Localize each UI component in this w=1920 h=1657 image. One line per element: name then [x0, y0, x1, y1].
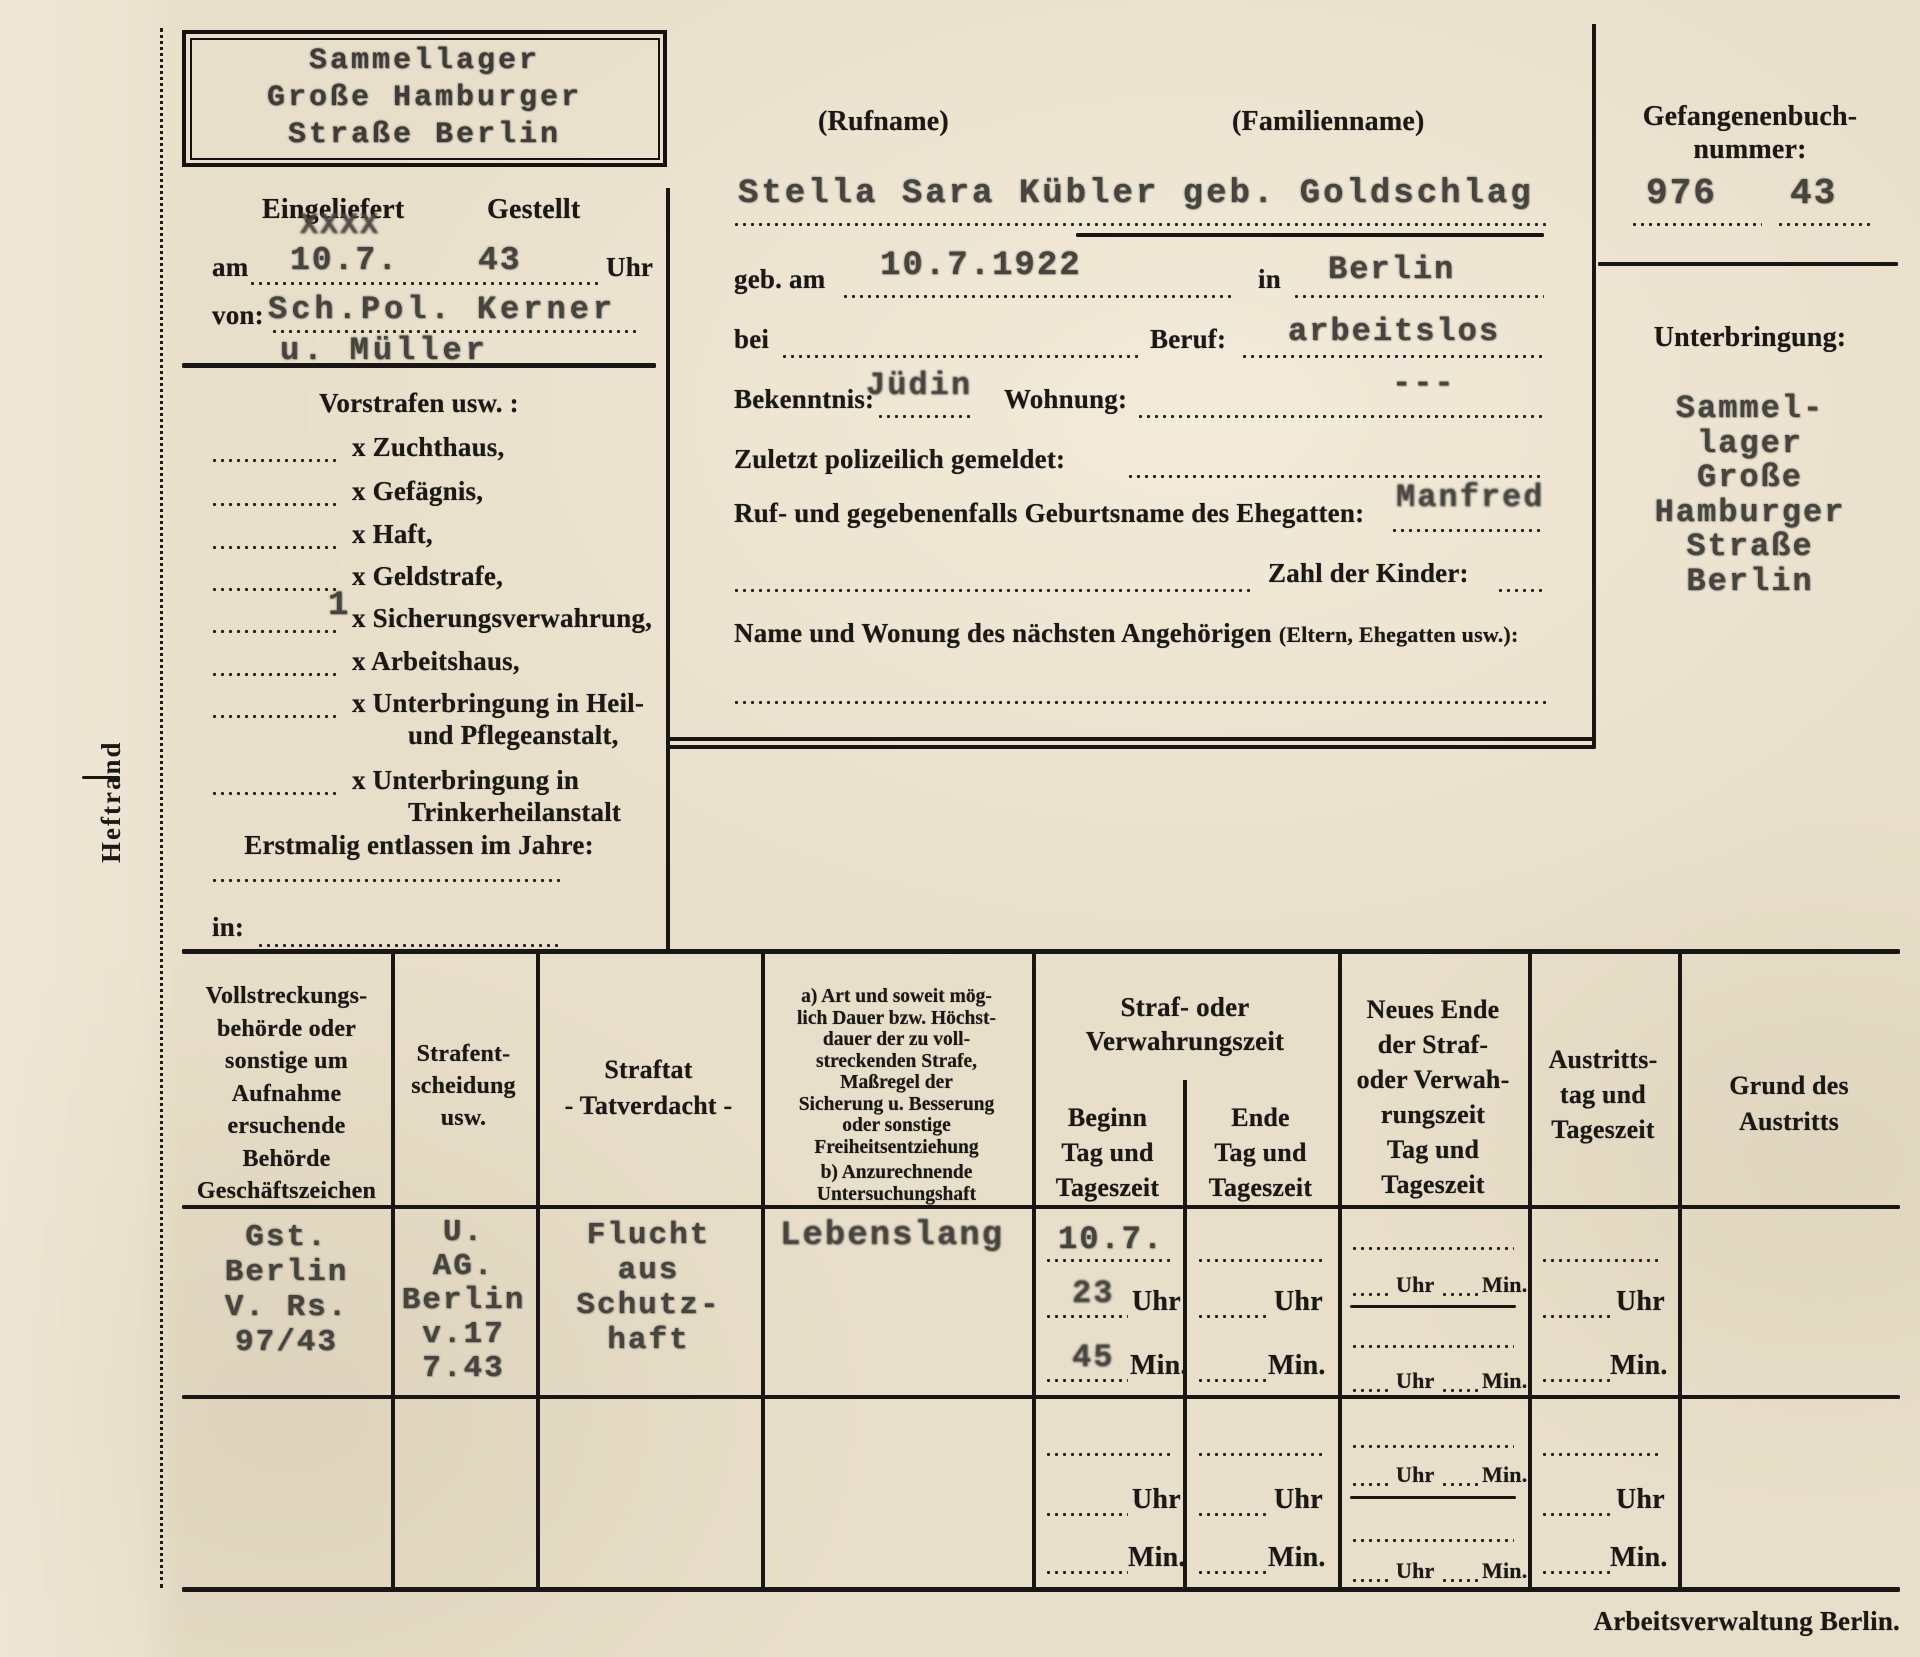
right-column-border — [1592, 24, 1596, 748]
unterbringung-value: Sammel- lager Große Hamburger Straße Ber… — [1600, 392, 1900, 599]
ehegatte-label: Ruf- und gegebenenfalls Geburtsname des … — [734, 498, 1364, 529]
uhr-label: Uhr — [1616, 1286, 1665, 1318]
min-label: Min. — [1268, 1350, 1326, 1382]
row1-newend-uhr-dots — [1352, 1292, 1392, 1297]
angehoerige-label-small: (Eltern, Ehegatten usw.): — [1279, 622, 1519, 647]
vorstrafen-title: Vorstrafen usw. : — [182, 388, 656, 419]
row2-newend-min-dots-2 — [1442, 1578, 1478, 1583]
row2-newend-solid-line — [1350, 1496, 1516, 1499]
intake-date-value: 10.7. — [290, 243, 399, 279]
gemeldet-label: Zuletzt polizeilich gemeldet: — [734, 444, 1065, 475]
uhr-label: Uhr — [1132, 1286, 1181, 1318]
prisoner-registration-card: Heftrand Sammellager Große Hamburger Str… — [0, 0, 1920, 1657]
min-label: Min. — [1482, 1368, 1527, 1393]
geb-am-label: geb. am — [734, 264, 825, 295]
booknumber-value-1: 976 — [1646, 174, 1717, 214]
row2-end-min-dots — [1198, 1570, 1270, 1575]
ehegatte-value: Manfred — [1396, 480, 1544, 515]
camp-stamp-inner-border: Sammellager Große Hamburger Straße Berli… — [190, 38, 660, 160]
camp-stamp-box: Sammellager Große Hamburger Straße Berli… — [182, 30, 667, 167]
birthplace-in-label: in — [1258, 264, 1281, 295]
booknumber-dotted-line-1 — [1632, 222, 1762, 227]
vorstrafen-item-geldstrafe: x Geldstrafe, — [352, 561, 503, 592]
vorstrafen-item-arbeitshaus: x Arbeitshaus, — [352, 646, 520, 677]
left-section-divider — [182, 363, 656, 368]
vorstrafen-item-haft: x Haft, — [352, 519, 433, 550]
header-vollstreckungsbehoerde: Vollstreckungs- behörde oder sonstige um… — [182, 980, 391, 1208]
row2-end-hour-dots — [1198, 1512, 1270, 1517]
min-label: Min. — [1482, 1558, 1527, 1583]
vorstrafen-item-trinkerheilanstalt-line2: Trinkerheilanstalt — [408, 797, 621, 828]
uhr-label: Uhr — [1396, 1368, 1435, 1393]
angehoerige-dotted-line — [734, 700, 1546, 705]
vorstrafen-dots-3 — [212, 587, 340, 592]
uhr-label: Uhr — [1396, 1558, 1435, 1583]
row1-duration-value: Lebenslang — [780, 1218, 1004, 1255]
row1-end-date-dots — [1198, 1258, 1323, 1263]
header-grund-austritt: Grund des Austritts — [1678, 1068, 1900, 1140]
sicherungsverwahrung-count: 1 — [328, 588, 350, 625]
row2-newend-dots-1 — [1352, 1444, 1514, 1449]
row1-newend-uhr-dots-2 — [1352, 1388, 1392, 1393]
uhr-label: Uhr — [1396, 1462, 1435, 1487]
row1-begin-min-dots — [1046, 1378, 1128, 1383]
first-release-label: Erstmalig entlassen im Jahre: — [182, 830, 656, 861]
header-neues-ende: Neues Ende der Straf- oder Verwah- rungs… — [1338, 992, 1528, 1202]
row1-begin-min-value: 45 — [1072, 1340, 1114, 1375]
row2-newend-uhr-dots — [1352, 1482, 1392, 1487]
row1-end-min-dots — [1198, 1378, 1270, 1383]
wohnung-label: Wohnung: — [1004, 384, 1127, 415]
booknumber-divider — [1598, 262, 1898, 266]
row1-newend-dots-1 — [1352, 1246, 1514, 1251]
row1-exit-date-dots — [1542, 1258, 1662, 1263]
header-strafentscheidung: Strafent- scheidung usw. — [391, 1038, 536, 1134]
vorstrafen-item-heilanstalt: x Unterbringung in Heil- — [352, 688, 644, 719]
familienname-label: (Familienname) — [1232, 106, 1425, 138]
table-header-border — [182, 1205, 1900, 1209]
left-column-border — [666, 188, 670, 950]
vorstrafen-dots-5 — [212, 672, 340, 677]
birthplace-value: Berlin — [1328, 252, 1455, 287]
min-label: Min. — [1610, 1542, 1668, 1574]
header-straftat: Straftat - Tatverdacht - — [536, 1052, 761, 1124]
vorstrafen-dots-0 — [212, 458, 340, 463]
unterbringung-label: Unterbringung: — [1600, 322, 1900, 354]
row1-exit-hour-dots — [1542, 1314, 1612, 1319]
row2-begin-hour-dots — [1046, 1512, 1128, 1517]
table-col-divider-8 — [1678, 949, 1682, 1587]
uhr-label: Uhr — [606, 252, 653, 283]
center-double-rule-top — [666, 737, 1596, 741]
bei-label: bei — [734, 324, 769, 355]
name-dotted-line — [734, 222, 1546, 227]
uhr-label: Uhr — [1616, 1484, 1665, 1516]
min-label: Min. — [1610, 1350, 1668, 1382]
row2-exit-hour-dots — [1542, 1512, 1612, 1517]
table-row-divider — [182, 1395, 1900, 1399]
vorstrafen-item-gefaegnis: x Gefägnis, — [352, 476, 483, 507]
row2-newend-min-dots — [1442, 1482, 1478, 1487]
vorstrafen-item-sicherungsverwahrung: x Sicherungsverwahrung, — [352, 603, 652, 634]
birthdate-dotted-line — [843, 294, 1233, 299]
row1-newend-dots-2 — [1352, 1344, 1514, 1349]
header-austrittstag: Austritts- tag und Tageszeit — [1528, 1042, 1678, 1147]
am-label: am — [212, 252, 248, 283]
angehoerige-label: Name und Wonung des nächsten Angehörigen… — [734, 618, 1518, 649]
uhr-label: Uhr — [1132, 1484, 1181, 1516]
von-label: von: — [212, 300, 264, 331]
intake-year-value: 43 — [478, 243, 522, 279]
row2-end-date-dots — [1198, 1452, 1323, 1457]
header-untersuchungshaft: b) Anzurechnende Untersuchungshaft — [761, 1162, 1032, 1205]
bei-dotted-line — [782, 354, 1142, 359]
center-double-rule-bottom — [666, 745, 1596, 749]
binding-margin-dotted-line — [160, 28, 163, 1588]
kinder-dotted-line — [1498, 588, 1544, 593]
row1-newend-min-dots — [1442, 1292, 1478, 1297]
deliverer-name-line1: Sch.Pol. Kerner — [268, 292, 616, 327]
wohnung-value: --- — [1392, 366, 1456, 401]
bekenntnis-value: Jüdin — [866, 368, 972, 403]
vorstrafen-item-heilanstalt-line2: und Pflegeanstalt, — [408, 720, 619, 751]
uhr-label: Uhr — [1274, 1286, 1323, 1318]
wohnung-dotted-line — [1138, 414, 1544, 419]
row1-offense-value: Flucht aus Schutz- haft — [536, 1218, 761, 1358]
rufname-label: (Rufname) — [818, 106, 949, 138]
camp-stamp-text: Sammellager Große Hamburger Straße Berli… — [267, 43, 582, 154]
vorstrafen-dots-2 — [212, 545, 340, 550]
row1-begin-hour-dots — [1046, 1314, 1128, 1319]
vorstrafen-item-trinkerheilanstalt: x Unterbringung in — [352, 765, 579, 796]
row2-newend-uhr-dots-2 — [1352, 1578, 1392, 1583]
row2-begin-date-dots — [1046, 1452, 1171, 1457]
vorstrafen-dots-6 — [212, 714, 340, 719]
min-label: Min. — [1268, 1542, 1326, 1574]
row2-exit-min-dots — [1542, 1570, 1612, 1575]
row1-authority-value: Gst. Berlin V. Rs. 97/43 — [182, 1220, 391, 1360]
header-strafe-art: a) Art und soweit mög- lich Dauer bzw. H… — [761, 986, 1032, 1158]
row1-end-hour-dots — [1198, 1314, 1270, 1319]
binding-margin-dash — [82, 776, 120, 779]
header-ende: Ende Tag und Tageszeit — [1183, 1100, 1338, 1205]
table-top-border — [182, 949, 1900, 954]
vorstrafen-dots-7 — [212, 791, 340, 796]
row1-newend-min-dots-2 — [1442, 1388, 1478, 1393]
vorstrafen-item-zuchthaus: x Zuchthaus, — [352, 432, 504, 463]
gestellt-label: Gestellt — [487, 194, 580, 226]
min-label: Min. — [1128, 1542, 1186, 1574]
beruf-value: arbeitslos — [1288, 314, 1500, 349]
beruf-label: Beruf: — [1150, 324, 1226, 355]
booknumber-value-2: 43 — [1790, 174, 1837, 214]
booknumber-dotted-line-2 — [1778, 222, 1870, 227]
header-beginn: Beginn Tag und Tageszeit — [1032, 1100, 1183, 1205]
eingeliefert-strikeover: XXXX — [300, 210, 380, 243]
first-release-dotted-line — [212, 878, 560, 883]
kinder-leading-dotted-line — [734, 588, 1254, 593]
row1-begin-hour-value: 23 — [1072, 1276, 1114, 1311]
am-dotted-line — [250, 281, 600, 286]
min-label: Min. — [1482, 1462, 1527, 1487]
kinder-label: Zahl der Kinder: — [1268, 558, 1469, 589]
familienname-underline — [1076, 233, 1544, 237]
header-verwahrungszeit: Straf- oder Verwahrungszeit — [1032, 990, 1338, 1058]
row2-newend-dots-2 — [1352, 1538, 1514, 1543]
release-in-dotted-line — [258, 943, 558, 948]
footer-agency-label: Arbeitsverwaltung Berlin. — [1556, 1606, 1900, 1637]
row1-begin-date-value: 10.7. — [1058, 1222, 1164, 1257]
birthdate-value: 10.7.1922 — [880, 248, 1082, 285]
birthplace-dotted-line — [1294, 294, 1544, 299]
bekenntnis-dotted-line — [878, 414, 974, 419]
release-in-label: in: — [212, 912, 244, 943]
beruf-dotted-line — [1242, 354, 1544, 359]
vorstrafen-dots-1 — [212, 502, 340, 507]
ehegatte-dotted-line — [1392, 528, 1544, 533]
uhr-label: Uhr — [1274, 1484, 1323, 1516]
booknumber-label: Gefangenenbuch- nummer: — [1600, 100, 1900, 166]
row1-exit-min-dots — [1542, 1378, 1612, 1383]
min-label: Min. — [1130, 1350, 1188, 1382]
uhr-label: Uhr — [1396, 1272, 1435, 1297]
row1-newend-solid-line — [1350, 1305, 1516, 1308]
row1-decision-value: U. AG. Berlin v.17 7.43 — [386, 1216, 541, 1386]
angehoerige-label-main: Name und Wonung des nächsten Angehörigen — [734, 618, 1272, 648]
prisoner-name-value: Stella Sara Kübler geb. Goldschlag — [738, 176, 1534, 213]
vorstrafen-dots-4 — [212, 629, 340, 634]
row2-exit-date-dots — [1542, 1452, 1662, 1457]
row2-begin-min-dots — [1046, 1570, 1128, 1575]
table-bottom-border — [182, 1587, 1900, 1592]
bekenntnis-label: Bekenntnis: — [734, 384, 874, 415]
min-label: Min. — [1482, 1272, 1527, 1297]
row1-begin-date-dots — [1046, 1258, 1174, 1263]
